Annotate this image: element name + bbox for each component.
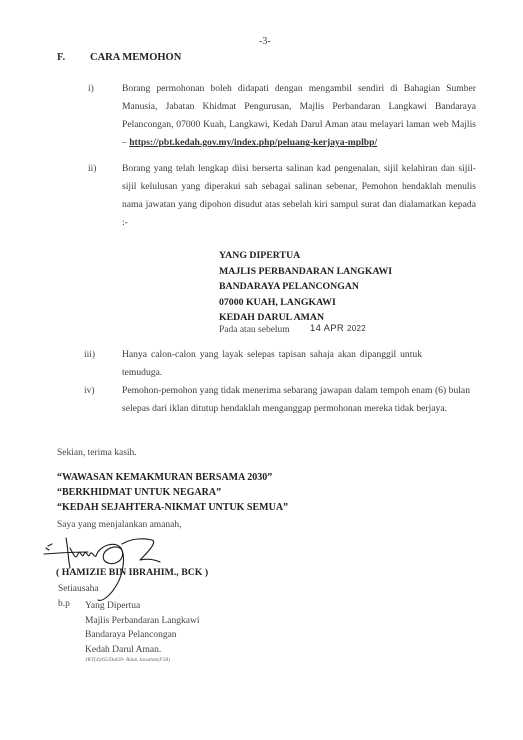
list-item-text: Hanya calon-calon yang layak selepas tap… — [122, 346, 422, 382]
address-line: 07000 KUAH, LANGKAWI — [219, 295, 392, 311]
reference-number: JKT(4)/65/Dat50- Iklan Jawatan(F58) — [85, 657, 170, 663]
stamp-year: 2022 — [347, 324, 366, 333]
section-title: CARA MEMOHON — [90, 52, 181, 63]
closing-line: Sekian, terima kasih. — [57, 448, 137, 458]
on-behalf-line: Yang Dipertua — [85, 599, 200, 614]
on-behalf-line: Bandaraya Pelancongan — [85, 628, 200, 643]
page-number: -3- — [259, 36, 271, 47]
address-line: BANDARAYA PELANCONGAN — [219, 279, 392, 295]
item-number: iv) — [84, 386, 95, 396]
trust-line: Saya yang menjalankan amanah, — [57, 520, 182, 530]
motto: “WAWASAN KEMAKMURAN BERSAMA 2030” — [57, 470, 288, 485]
motto: “KEDAH SEJAHTERA-NIKMAT UNTUK SEMUA” — [57, 500, 288, 515]
on-behalf-line: Kedah Darul Aman. — [85, 643, 200, 658]
motto: “BERKHIDMAT UNTUK NEGARA” — [57, 485, 288, 500]
section-letter: F. — [57, 52, 65, 63]
signer-title: Setiausaha — [58, 584, 99, 594]
on-behalf-of: Yang Dipertua Majlis Perbandaran Langkaw… — [85, 599, 200, 657]
date-stamp: 14 APR 2022 — [310, 323, 366, 334]
address-line: KEDAH DARUL AMAN — [219, 310, 392, 326]
address-line: YANG DIPERTUA — [219, 248, 392, 264]
deadline-label: Pada atau sebelum — [219, 325, 290, 335]
mottos: “WAWASAN KEMAKMURAN BERSAMA 2030” “BERKH… — [57, 470, 288, 515]
stamp-day-month: 14 APR — [310, 323, 344, 334]
list-item-text: Borang permohonan boleh didapati dengan … — [122, 80, 476, 152]
item-number: iii) — [84, 350, 95, 360]
address-line: MAJLIS PERBANDARAN LANGKAWI — [219, 264, 392, 280]
mailing-address: YANG DIPERTUA MAJLIS PERBANDARAN LANGKAW… — [219, 248, 392, 326]
item-number: ii) — [88, 164, 96, 174]
website-link[interactable]: https://pbt.kedah.gov.my/index.php/pelua… — [129, 137, 377, 148]
bp-label: b.p — [58, 599, 70, 609]
list-item-text: Borang yang telah lengkap diisi berserta… — [122, 160, 476, 232]
item-number: i) — [88, 84, 94, 94]
list-item-text: Pemohon-pemohon yang tidak menerima seba… — [122, 382, 470, 418]
on-behalf-line: Majlis Perbandaran Langkawi — [85, 614, 200, 629]
